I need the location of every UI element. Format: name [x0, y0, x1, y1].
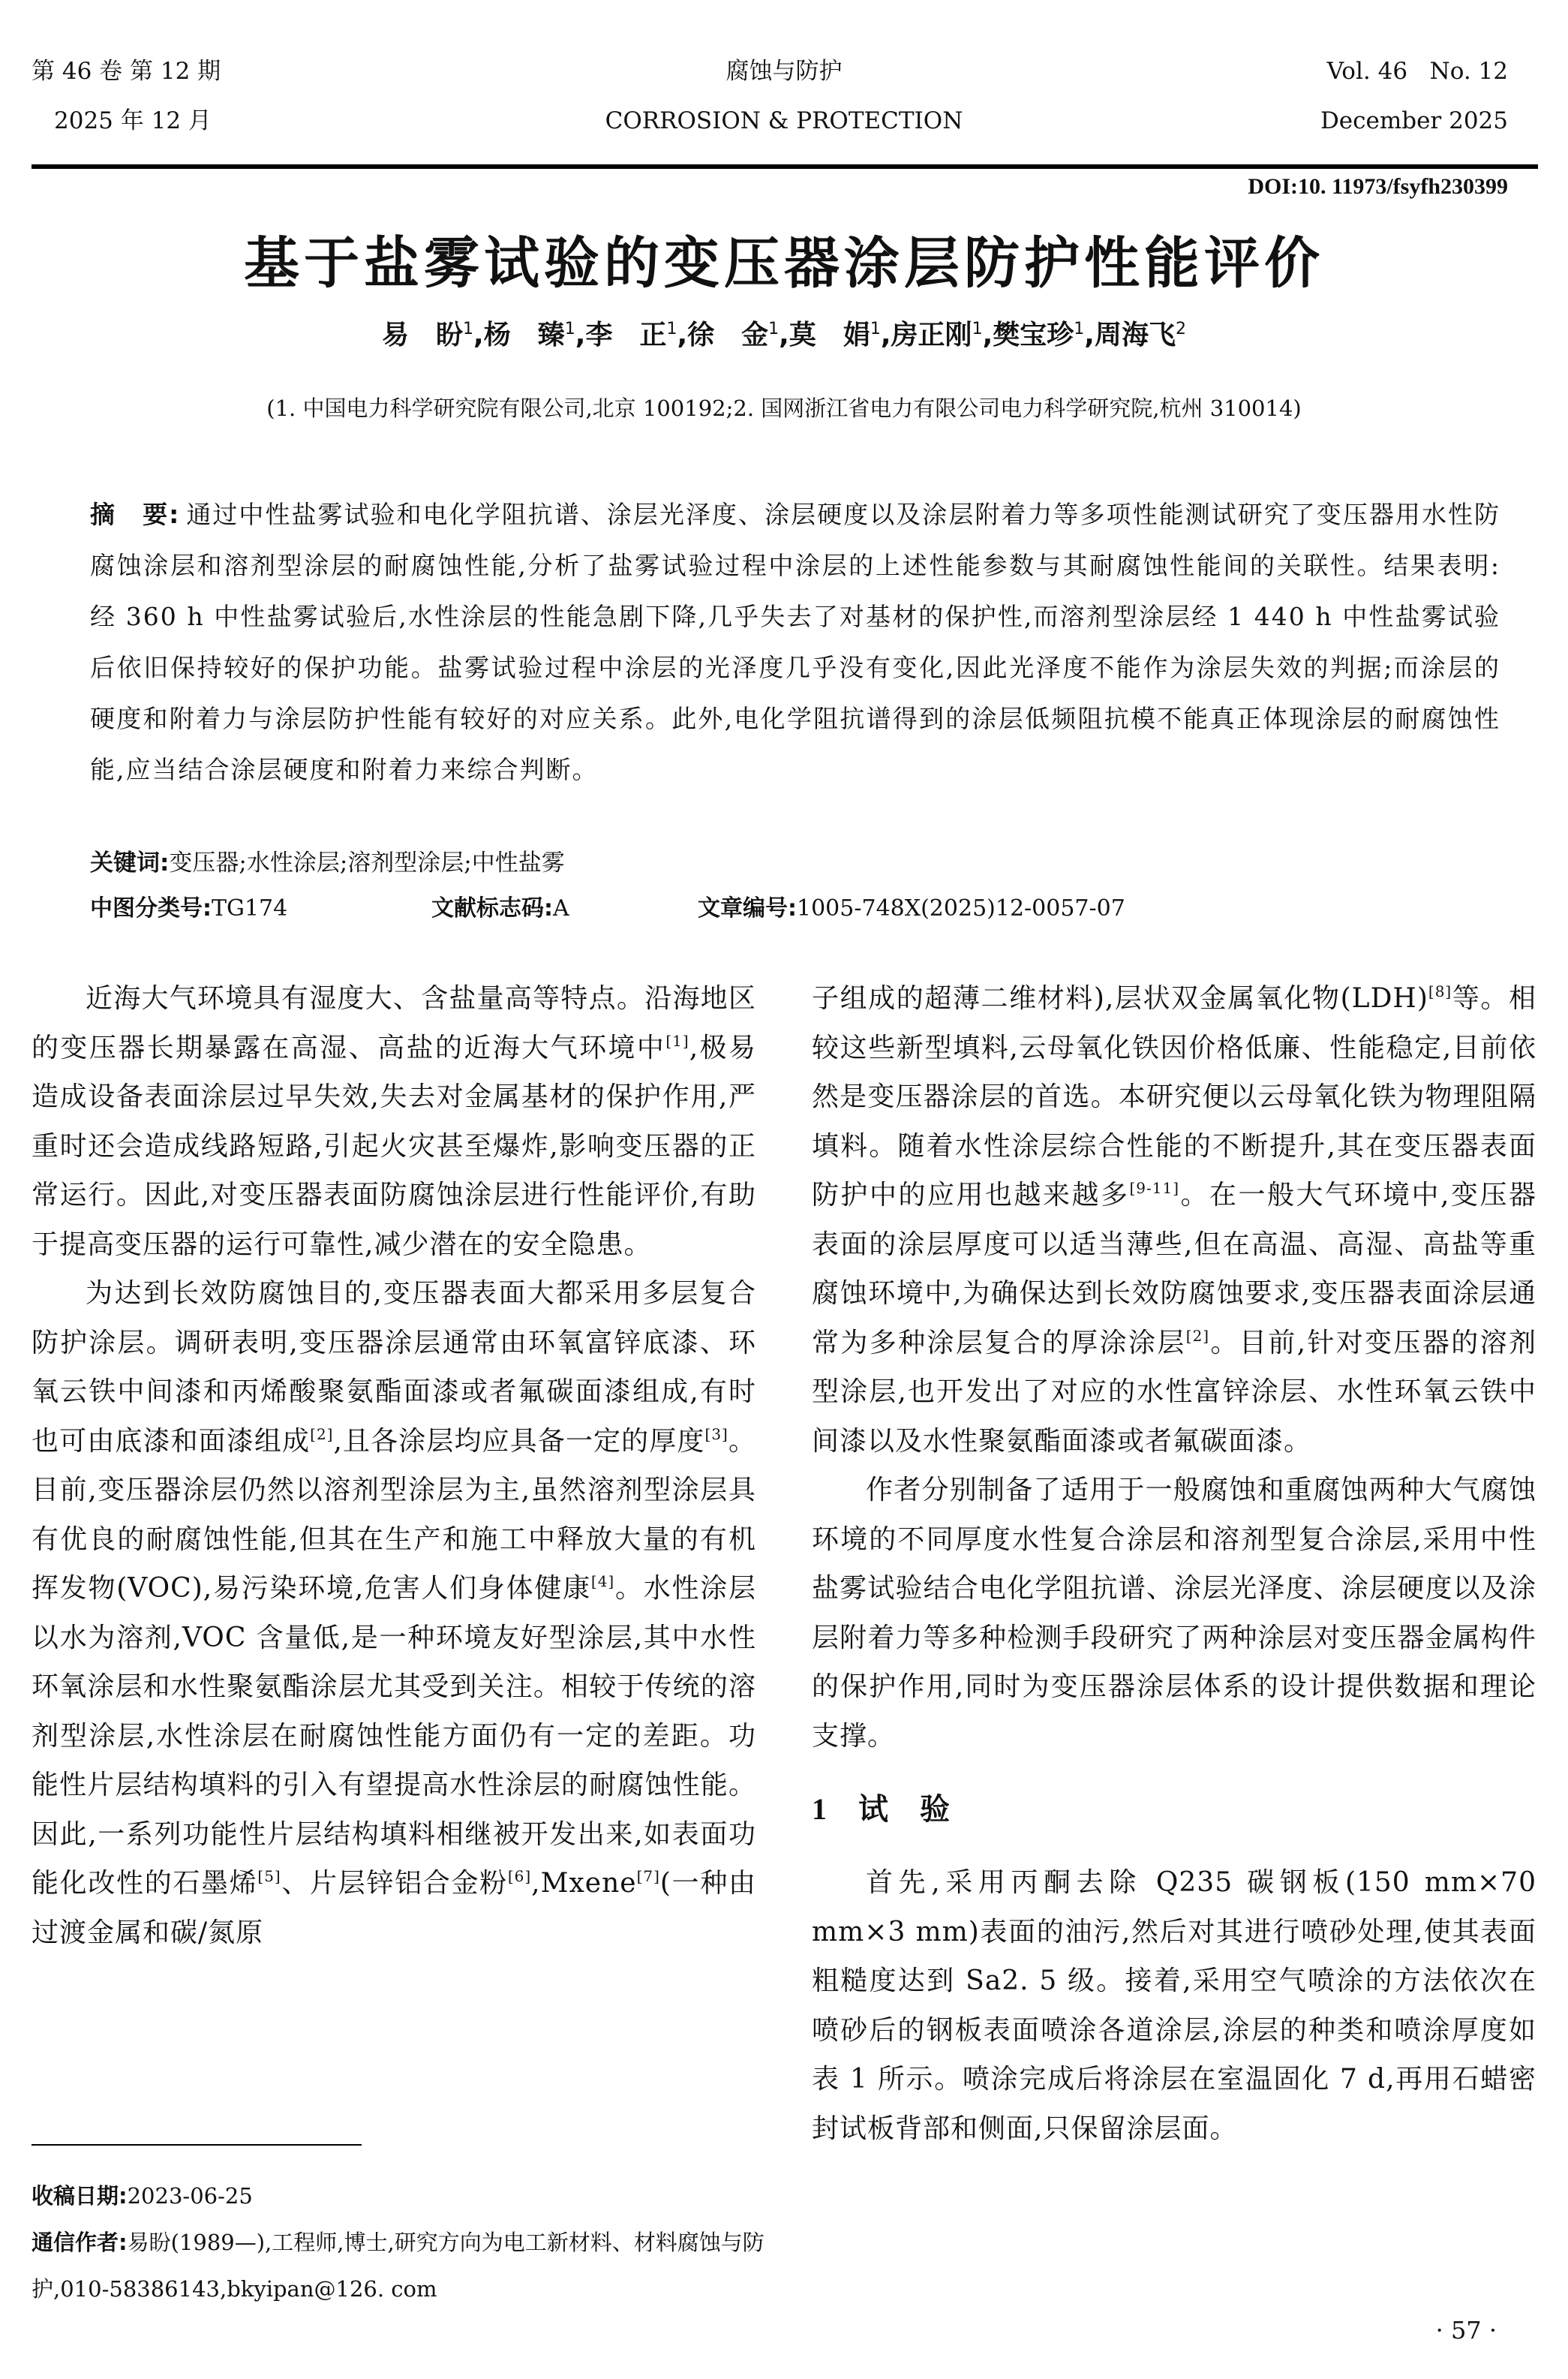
issue-date-en: December 2025 — [1320, 96, 1508, 146]
abstract-text: 通过中性盐雾试验和电化学阻抗谱、涂层光泽度、涂层硬度以及涂层附着力等多项性能测试… — [90, 500, 1500, 784]
doi-link[interactable]: DOI:10. 11973/fsyfh230399 — [1248, 174, 1508, 200]
page-number: · 57 · — [1436, 2316, 1497, 2344]
author: 杨 臻1 — [484, 320, 575, 350]
affiliations: (1. 中国电力科学研究院有限公司,北京 100192;2. 国网浙江省电力有限… — [0, 392, 1568, 423]
paragraph: 近海大气环境具有湿度大、含盐量高等特点。沿海地区的变压器长期暴露在高湿、高盐的近… — [32, 974, 756, 1269]
body-column-left: 近海大气环境具有湿度大、含盐量高等特点。沿海地区的变压器长期暴露在高湿、高盐的近… — [32, 974, 756, 1957]
paragraph: 子组成的超薄二维材料),层状双金属氧化物(LDH)[8]等。相较这些新型填料,云… — [812, 974, 1536, 1466]
doc-code-value: A — [553, 895, 569, 922]
footnote: 收稿日期:2023-06-25 通信作者:易盼(1989—),工程师,博士,研究… — [32, 2173, 767, 2312]
citation-link[interactable]: [7] — [637, 1867, 660, 1885]
citation-link[interactable]: [5] — [257, 1867, 281, 1885]
author: 徐 金1 — [687, 320, 779, 350]
author: 李 正1 — [585, 320, 677, 350]
author: 莫 娟1 — [789, 320, 881, 350]
citation-link[interactable]: [1] — [665, 1032, 689, 1050]
author: 房正刚1 — [891, 320, 983, 350]
author: 易 盼1 — [382, 320, 473, 350]
paragraph: 为达到长效防腐蚀目的,变压器表面大都采用多层复合防护涂层。调研表明,变压器涂层通… — [32, 1269, 756, 1957]
volume-issue-en: Vol. 46 No. 12 — [1320, 47, 1508, 96]
citation-link[interactable]: [4] — [591, 1572, 614, 1590]
article-no-label: 文章编号: — [698, 895, 797, 922]
section-heading: 1试验 — [812, 1783, 1536, 1836]
author: 樊宝珍1 — [993, 320, 1084, 350]
running-header-right: Vol. 46 No. 12 December 2025 — [1320, 47, 1508, 146]
citation-link[interactable]: [9-11] — [1130, 1179, 1180, 1197]
article-no-value: 1005-748X(2025)12-0057-07 — [797, 895, 1125, 922]
citation-link[interactable]: [6] — [508, 1867, 531, 1885]
keywords-text: 变压器;水性涂层;溶剂型涂层;中性盐雾 — [169, 850, 564, 877]
doc-code-label: 文献标志码: — [431, 895, 553, 922]
article-title: 基于盐雾试验的变压器涂层防护性能评价 — [0, 219, 1568, 299]
author-list: 易 盼1,杨 臻1,李 正1,徐 金1,莫 娟1,房正刚1,樊宝珍1,周海飞2 — [0, 314, 1568, 352]
abstract: 摘 要:通过中性盐雾试验和电化学阻抗谱、涂层光泽度、涂层硬度以及涂层附着力等多项… — [90, 489, 1500, 796]
paragraph: 首先,采用丙酮去除 Q235 碳钢板(150 mm×70 mm×3 mm)表面的… — [812, 1858, 1536, 2153]
citation-link[interactable]: [2] — [1186, 1327, 1209, 1345]
abstract-label: 摘 要: — [90, 500, 180, 529]
citation-link[interactable]: [3] — [705, 1425, 728, 1443]
clc-label: 中图分类号: — [90, 895, 212, 922]
paragraph: 作者分别制备了适用于一般腐蚀和重腐蚀两种大气腐蚀环境的不同厚度水性复合涂层和溶剂… — [812, 1466, 1536, 1761]
citation-link[interactable]: [2] — [310, 1425, 333, 1443]
header-rule — [32, 164, 1538, 169]
keywords: 关键词:变压器;水性涂层;溶剂型涂层;中性盐雾 — [90, 842, 565, 884]
received-date: 收稿日期:2023-06-25 — [32, 2173, 767, 2219]
body-column-right: 子组成的超薄二维材料),层状双金属氧化物(LDH)[8]等。相较这些新型填料,云… — [812, 974, 1536, 2153]
keywords-label: 关键词: — [90, 850, 169, 877]
citation-link[interactable]: [8] — [1428, 982, 1452, 1000]
corresponding-author: 通信作者:易盼(1989—),工程师,博士,研究方向为电工新材料、材料腐蚀与防护… — [32, 2219, 767, 2312]
footnote-divider — [32, 2144, 362, 2146]
classification-info: 中图分类号:TG174 文献标志码:A 文章编号:1005-748X(2025)… — [90, 888, 1125, 930]
author: 周海飞2 — [1095, 320, 1186, 350]
clc-value: TG174 — [212, 895, 287, 922]
